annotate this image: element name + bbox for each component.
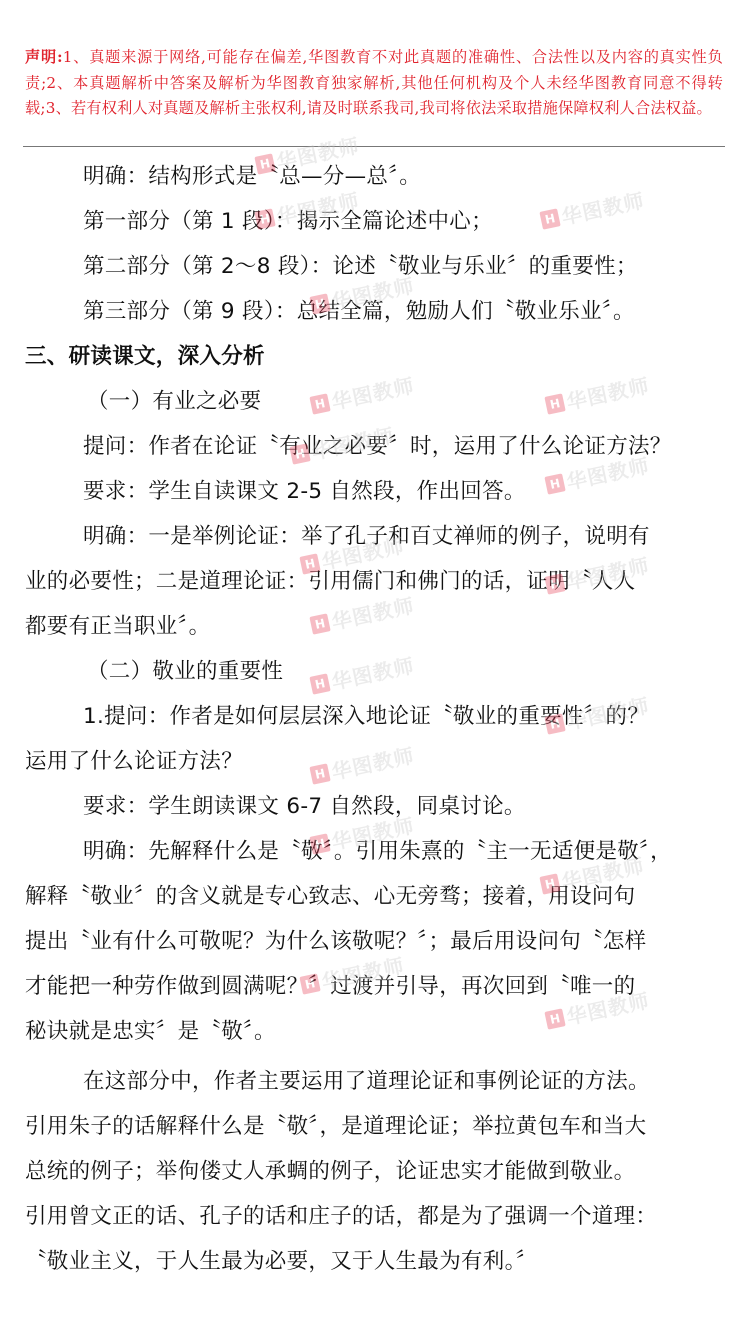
- document-page: 声明:1、真题来源于网络,可能存在偏差,华图教育不对此真题的准确性、合法性以及内…: [0, 0, 748, 1335]
- disclaimer-notice: 声明:1、真题来源于网络,可能存在偏差,华图教育不对此真题的准确性、合法性以及内…: [25, 45, 723, 122]
- paragraph-line: 都要有正当职业〞。: [25, 612, 210, 642]
- huatu-logo-icon: H: [309, 673, 330, 694]
- paragraph-line: 第一部分（第 1 段）：揭示全篇论述中心；: [83, 207, 493, 237]
- paragraph-line: 在这部分中，作者主要运用了道理论证和事例论证的方法。: [83, 1067, 650, 1097]
- paragraph-line: （一）有业之必要: [87, 387, 261, 417]
- huatu-logo-icon: H: [539, 208, 560, 229]
- watermark: H华图教师: [308, 649, 417, 699]
- paragraph-line: 秘诀就是忠实〞是〝敬〞。: [25, 1017, 276, 1047]
- paragraph-line: 才能把一种劳作做到圆满呢？〞过渡并引导，再次回到〝唯一的: [25, 972, 635, 1002]
- paragraph-line: 第二部分（第 2～8 段）：论述〝敬业与乐业〞的重要性；: [83, 252, 638, 282]
- paragraph-line: （二）敬业的重要性: [87, 657, 283, 687]
- huatu-logo-icon: H: [309, 393, 330, 414]
- huatu-logo-icon: H: [544, 393, 565, 414]
- watermark: H华图教师: [543, 369, 652, 419]
- section-heading: 三、研读课文，深入分析: [25, 342, 265, 372]
- watermark: H华图教师: [308, 739, 417, 789]
- paragraph-line: 解释〝敬业〞的含义就是专心致志、心无旁骛；接着，用设问句: [25, 882, 635, 912]
- paragraph-line: 总统的例子；举佝偻丈人承蜩的例子，论证忠实才能做到敬业。: [25, 1157, 635, 1187]
- huatu-logo-icon: H: [544, 473, 565, 494]
- paragraph-line: 提问：作者在论证〝有业之必要〞时，运用了什么论证方法？: [83, 432, 672, 462]
- huatu-logo-icon: H: [309, 763, 330, 784]
- watermark-text: 华图教师: [329, 739, 417, 785]
- paragraph-line: 要求：学生朗读课文 6-7 自然段，同桌讨论。: [83, 792, 526, 822]
- header-divider: [23, 146, 725, 147]
- paragraph-line: 明确：结构形式是〝总—分—总〞。: [83, 162, 421, 192]
- paragraph-line: 明确：先解释什么是〝敬〞。引用朱熹的〝主一无适便是敬〞，: [83, 837, 672, 867]
- huatu-logo-icon: H: [309, 613, 330, 634]
- watermark-text: 华图教师: [564, 369, 652, 415]
- watermark-text: 华图教师: [329, 649, 417, 695]
- disclaimer-label: 声明:: [25, 48, 63, 66]
- watermark: H华图教师: [538, 184, 647, 234]
- paragraph-line: 要求：学生自读课文 2-5 自然段，作出回答。: [83, 477, 526, 507]
- huatu-logo-icon: H: [544, 1008, 565, 1029]
- watermark-text: 华图教师: [329, 369, 417, 415]
- paragraph-line: 引用朱子的话解释什么是〝敬〞，是道理论证；举拉黄包车和当大: [25, 1112, 646, 1142]
- paragraph-line: 运用了什么论证方法？: [25, 747, 243, 777]
- paragraph-line: 〝敬业主义，于人生最为必要，又于人生最为有利。〞: [25, 1247, 537, 1277]
- watermark: H华图教师: [308, 369, 417, 419]
- disclaimer-line: 1、真题来源于网络,可能存在偏差,华图教育不对此真题的准确性、合法性以及内容: [63, 48, 644, 66]
- paragraph-line: 业的必要性；二是道理论证：引用儒门和佛门的话，证明〝人人: [25, 567, 635, 597]
- watermark-text: 华图教师: [559, 184, 647, 230]
- disclaimer-line: 取措施保障权利人合法权益。: [512, 99, 712, 117]
- paragraph-line: 1.提问：作者是如何层层深入地论证〝敬业的重要性〞的？: [83, 702, 649, 732]
- paragraph-line: 第三部分（第 9 段）：总结全篇，勉励人们〝敬业乐业〞。: [83, 297, 635, 327]
- paragraph-line: 明确：一是举例论证：举了孔子和百丈禅师的例子，说明有: [83, 522, 650, 552]
- paragraph-line: 提出〝业有什么可敬呢？为什么该敬呢？〞；最后用设问句〝怎样: [25, 927, 646, 957]
- paragraph-line: 引用曾文正的话、孔子的话和庄子的话，都是为了强调一个道理：: [25, 1202, 657, 1232]
